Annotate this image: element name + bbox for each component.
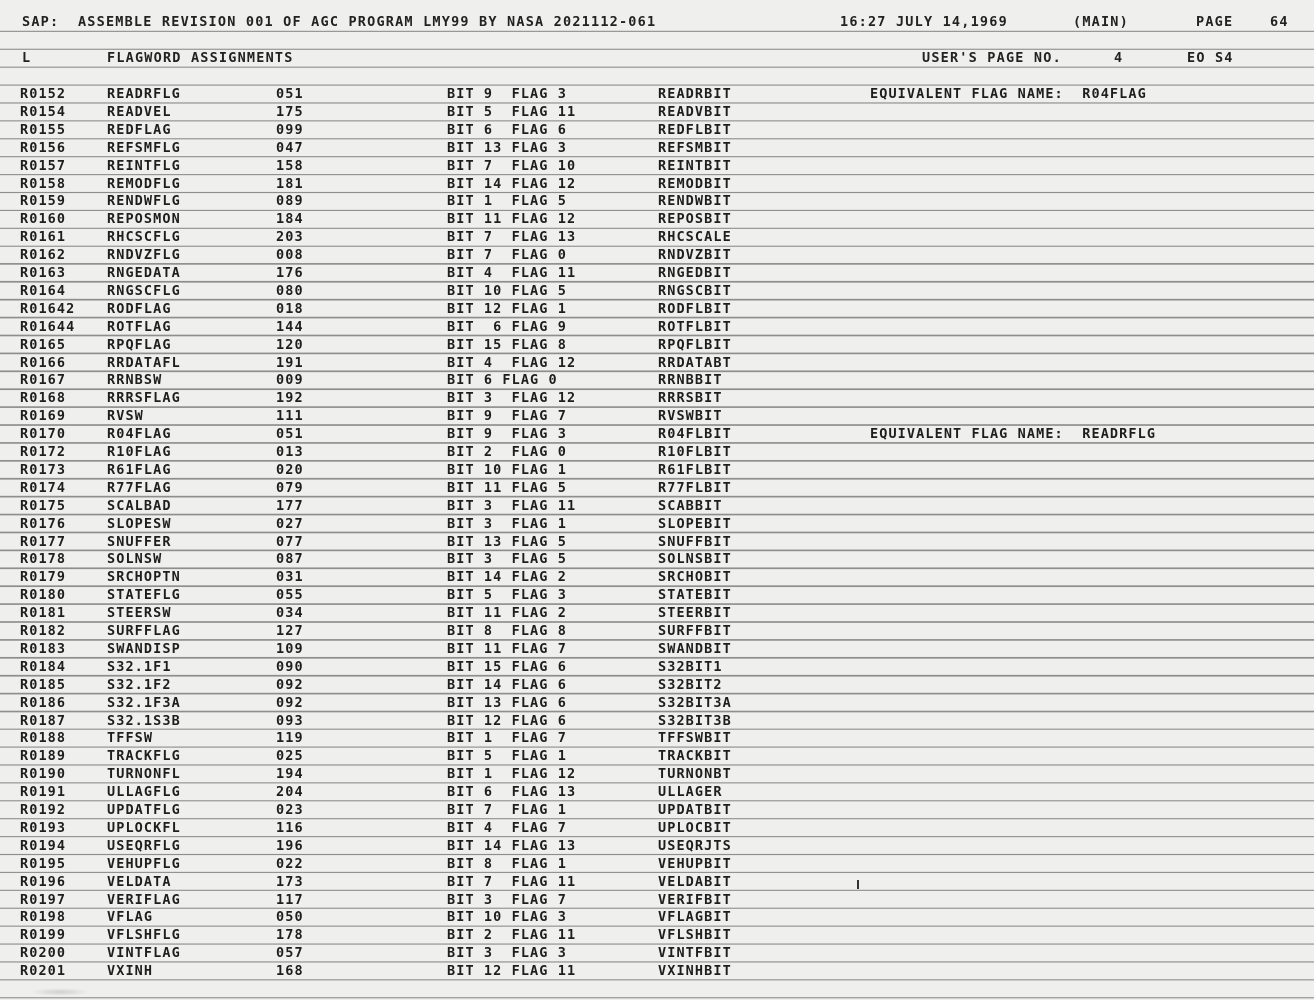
bit-flag-position: BIT 2 FLAG 11 [447,927,576,943]
table-row: R0179SRCHOPTN031BIT 14 FLAG 2SRCHOBIT [0,569,1314,587]
bit-flag-position: BIT 12 FLAG 1 [447,301,567,317]
table-row: R0174R77FLAG079BIT 11 FLAG 5R77FLBIT [0,480,1314,498]
bit-name: VERIFBIT [658,892,732,908]
flag-ref-id: R0161 [20,229,66,245]
page-number: 64 [1270,14,1289,30]
bit-name: R61FLBIT [658,462,732,478]
flag-name: RVSW [107,408,144,424]
bit-name: R77FLBIT [658,480,732,496]
bit-flag-position: BIT 14 FLAG 12 [447,176,576,192]
flag-ref-id: R0201 [20,963,66,979]
bit-flag-position: BIT 11 FLAG 12 [447,211,576,227]
flag-ref-id: R0186 [20,695,66,711]
table-row: R0160REPOSMON184BIT 11 FLAG 12REPOSBIT [0,211,1314,229]
table-row: R0187S32.1S3B093BIT 12 FLAG 6S32BIT3B [0,713,1314,731]
line-marker: L [22,50,31,66]
flag-ref-id: R0169 [20,408,66,424]
table-row: R0199VFLSHFLG178BIT 2 FLAG 11VFLSHBIT [0,927,1314,945]
flag-ref-id: R0162 [20,247,66,263]
flag-name: RRNBSW [107,372,162,388]
bit-name: USEQRJTS [658,838,732,854]
bit-name: UPDATBIT [658,802,732,818]
table-row: R0200VINTFLAG057BIT 3 FLAG 3VINTFBIT [0,945,1314,963]
table-row: R0157REINTFLG158BIT 7 FLAG 10REINTBIT [0,158,1314,176]
flag-number: 099 [276,122,304,138]
table-row: R0183SWANDISP109BIT 11 FLAG 7SWANDBIT [0,641,1314,659]
bit-flag-position: BIT 6 FLAG 13 [447,784,576,800]
table-row: R0175SCALBAD177BIT 3 FLAG 11SCABBIT [0,498,1314,516]
flag-name: S32.1F3A [107,695,181,711]
table-row: R0154READVEL175BIT 5 FLAG 11READVBIT [0,104,1314,122]
table-row: R0190TURNONFL194BIT 1 FLAG 12TURNONBT [0,766,1314,784]
bit-flag-position: BIT 8 FLAG 8 [447,623,567,639]
flag-name: VERIFLAG [107,892,181,908]
flag-name: VXINH [107,963,153,979]
flag-number: 093 [276,713,304,729]
bit-name: REDFLBIT [658,122,732,138]
bit-flag-position: BIT 3 FLAG 11 [447,498,576,514]
bit-flag-position: BIT 3 FLAG 1 [447,516,567,532]
flag-name: UPDATFLG [107,802,181,818]
flag-name: VINTFLAG [107,945,181,961]
listing-code: EO S4 [1187,50,1234,66]
flag-name: RPQFLAG [107,337,172,353]
bit-name: RPQFLBIT [658,337,732,353]
flag-ref-id: R01642 [20,301,75,317]
bit-flag-position: BIT 10 FLAG 3 [447,909,567,925]
bit-name: READVBIT [658,104,732,120]
bit-flag-position: BIT 15 FLAG 6 [447,659,567,675]
flag-number: 087 [276,551,304,567]
flag-name: RODFLAG [107,301,172,317]
flag-name: REMODFLG [107,176,181,192]
bit-flag-position: BIT 2 FLAG 0 [447,444,567,460]
flag-number: 127 [276,623,304,639]
bit-name: SOLNSBIT [658,551,732,567]
flag-number: 055 [276,587,304,603]
bit-flag-position: BIT 7 FLAG 11 [447,874,576,890]
bit-name: R04FLBIT [658,426,732,442]
table-row: R0184S32.1F1090BIT 15 FLAG 6S32BIT1 [0,659,1314,677]
flag-ref-id: R0181 [20,605,66,621]
flag-number: 034 [276,605,304,621]
paper-smudge [30,988,90,996]
table-row: R0163RNGEDATA176BIT 4 FLAG 11RNGEDBIT [0,265,1314,283]
bit-name: RNDVZBIT [658,247,732,263]
flag-ref-id: R0180 [20,587,66,603]
flag-number: 013 [276,444,304,460]
bit-name: S32BIT1 [658,659,723,675]
flag-ref-id: R0172 [20,444,66,460]
bit-name: RODFLBIT [658,301,732,317]
bit-flag-position: BIT 7 FLAG 10 [447,158,576,174]
bit-name: RRDATABT [658,355,732,371]
bit-flag-position: BIT 13 FLAG 6 [447,695,567,711]
flag-name: TRACKFLG [107,748,181,764]
flag-ref-id: R0183 [20,641,66,657]
table-row: R0159RENDWFLG089BIT 1 FLAG 5RENDWBIT [0,193,1314,211]
flag-ref-id: R0197 [20,892,66,908]
section-label: (MAIN) [1073,14,1129,30]
flag-ref-id: R0198 [20,909,66,925]
flag-name: RNGEDATA [107,265,181,281]
table-row: R0195VEHUPFLG022BIT 8 FLAG 1VEHUPBIT [0,856,1314,874]
flag-name: REPOSMON [107,211,181,227]
table-row: R01644ROTFLAG144BIT 6 FLAG 9ROTFLBIT [0,319,1314,337]
bit-name: STATEBIT [658,587,732,603]
bit-flag-position: BIT 4 FLAG 7 [447,820,567,836]
flag-number: 176 [276,265,304,281]
bit-flag-position: BIT 14 FLAG 6 [447,677,567,693]
flag-ref-id: R0200 [20,945,66,961]
flag-number: 018 [276,301,304,317]
flag-name: SCALBAD [107,498,172,514]
flag-number: 175 [276,104,304,120]
table-row: R0167RRNBSW009BIT 6 FLAG 0RRNBBIT [0,372,1314,390]
flag-ref-id: R0177 [20,534,66,550]
bit-flag-position: BIT 5 FLAG 11 [447,104,576,120]
bit-name: TFFSWBIT [658,730,732,746]
flag-name: USEQRFLG [107,838,181,854]
flag-number: 031 [276,569,304,585]
flag-name: REFSMFLG [107,140,181,156]
table-row: R0185S32.1F2092BIT 14 FLAG 6S32BIT2 [0,677,1314,695]
bit-flag-position: BIT 4 FLAG 12 [447,355,576,371]
flag-number: 117 [276,892,304,908]
bit-flag-position: BIT 1 FLAG 5 [447,193,567,209]
flag-name: RNGSCFLG [107,283,181,299]
flag-name: REINTFLG [107,158,181,174]
flag-number: 009 [276,372,304,388]
flag-name: SURFFLAG [107,623,181,639]
bit-flag-position: BIT 3 FLAG 12 [447,390,576,406]
bit-name: RVSWBIT [658,408,723,424]
flag-ref-id: R0163 [20,265,66,281]
bit-name: S32BIT3A [658,695,732,711]
users-page-number: 4 [1114,50,1123,66]
bit-name: SLOPEBIT [658,516,732,532]
flag-number: 057 [276,945,304,961]
flag-number: 080 [276,283,304,299]
flag-name: VELDATA [107,874,172,890]
table-row: R0193UPLOCKFL116BIT 4 FLAG 7UPLOCBIT [0,820,1314,838]
table-row: R0170R04FLAG051BIT 9 FLAG 3R04FLBITEQUIV… [0,426,1314,444]
table-row: R0191ULLAGFLG204BIT 6 FLAG 13ULLAGER [0,784,1314,802]
flag-ref-id: R0182 [20,623,66,639]
flag-ref-id: R0188 [20,730,66,746]
flag-number: 116 [276,820,304,836]
flag-number: 027 [276,516,304,532]
bit-flag-position: BIT 7 FLAG 13 [447,229,576,245]
bit-name: RNGSCBIT [658,283,732,299]
bit-flag-position: BIT 1 FLAG 12 [447,766,576,782]
bit-flag-position: BIT 11 FLAG 2 [447,605,567,621]
table-row: R0182SURFFLAG127BIT 8 FLAG 8SURFFBIT [0,623,1314,641]
flag-number: 192 [276,390,304,406]
bit-flag-position: BIT 5 FLAG 1 [447,748,567,764]
table-row: R0201VXINH168BIT 12 FLAG 11VXINHBIT [0,963,1314,981]
bit-name: SCABBIT [658,498,723,514]
flag-ref-id: R0160 [20,211,66,227]
table-row: R0177SNUFFER077BIT 13 FLAG 5SNUFFBIT [0,534,1314,552]
table-row: R0194USEQRFLG196BIT 14 FLAG 13USEQRJTS [0,838,1314,856]
flag-number: 204 [276,784,304,800]
flag-number: 111 [276,408,304,424]
flag-name: RHCSCFLG [107,229,181,245]
bit-flag-position: BIT 5 FLAG 3 [447,587,567,603]
flag-number: 020 [276,462,304,478]
users-page-label: USER'S PAGE NO. [922,50,1062,66]
equivalent-flag-note: EQUIVALENT FLAG NAME: R04FLAG [870,86,1147,102]
flag-name: RNDVZFLG [107,247,181,263]
flag-number: 119 [276,730,304,746]
flag-ref-id: R0195 [20,856,66,872]
bit-name: RRNBBIT [658,372,723,388]
flag-ref-id: R0168 [20,390,66,406]
flag-number: 089 [276,193,304,209]
equivalent-flag-note: EQUIVALENT FLAG NAME: READRFLG [870,426,1156,442]
bit-flag-position: BIT 9 FLAG 3 [447,426,567,442]
flag-ref-id: R0174 [20,480,66,496]
bit-flag-position: BIT 7 FLAG 0 [447,247,567,263]
flag-name: VFLAG [107,909,153,925]
flag-number: 168 [276,963,304,979]
flag-number: 194 [276,766,304,782]
flag-name: STATEFLG [107,587,181,603]
bit-flag-position: BIT 14 FLAG 2 [447,569,567,585]
flag-ref-id: R0199 [20,927,66,943]
bit-flag-position: BIT 12 FLAG 11 [447,963,576,979]
table-row: R0165RPQFLAG120BIT 15 FLAG 8RPQFLBIT [0,337,1314,355]
assembler-title: SAP: ASSEMBLE REVISION 001 OF AGC PROGRA… [22,14,656,30]
flag-ref-id: R0152 [20,86,66,102]
flag-name: READVEL [107,104,172,120]
bit-flag-position: BIT 4 FLAG 11 [447,265,576,281]
flag-number: 120 [276,337,304,353]
flag-number: 022 [276,856,304,872]
flag-name: R77FLAG [107,480,172,496]
flag-number: 051 [276,86,304,102]
bit-flag-position: BIT 6 FLAG 9 [447,319,567,335]
table-row: R0180STATEFLG055BIT 5 FLAG 3STATEBIT [0,587,1314,605]
flag-name: RRDATAFL [107,355,181,371]
bit-flag-position: BIT 1 FLAG 7 [447,730,567,746]
bit-name: READRBIT [658,86,732,102]
flag-name: S32.1F1 [107,659,172,675]
flag-ref-id: R0175 [20,498,66,514]
bit-name: R10FLBIT [658,444,732,460]
bit-flag-position: BIT 13 FLAG 5 [447,534,567,550]
bit-name: ULLAGER [658,784,723,800]
bit-name: RHCSCALE [658,229,732,245]
bit-name: ROTFLBIT [658,319,732,335]
bit-flag-position: BIT 15 FLAG 8 [447,337,567,353]
flag-name: RENDWFLG [107,193,181,209]
flag-number: 109 [276,641,304,657]
flag-name: SLOPESW [107,516,172,532]
flag-number: 025 [276,748,304,764]
bit-name: RENDWBIT [658,193,732,209]
flag-ref-id: R0173 [20,462,66,478]
flag-ref-id: R0164 [20,283,66,299]
flag-name: RRRSFLAG [107,390,181,406]
flag-name: SRCHOPTN [107,569,181,585]
flag-name: TURNONFL [107,766,181,782]
flag-name: R04FLAG [107,426,172,442]
table-row: R0189TRACKFLG025BIT 5 FLAG 1TRACKBIT [0,748,1314,766]
bit-name: UPLOCBIT [658,820,732,836]
flag-name: R10FLAG [107,444,172,460]
bit-name: REPOSBIT [658,211,732,227]
flag-number: 144 [276,319,304,335]
flag-name: SOLNSW [107,551,162,567]
flag-ref-id: R0194 [20,838,66,854]
bit-name: VELDABIT [658,874,732,890]
table-row: R0162RNDVZFLG008BIT 7 FLAG 0RNDVZBIT [0,247,1314,265]
bit-name: VEHUPBIT [658,856,732,872]
table-row: R01642RODFLAG018BIT 12 FLAG 1RODFLBIT [0,301,1314,319]
flag-ref-id: R0158 [20,176,66,192]
bit-flag-position: BIT 9 FLAG 3 [447,86,567,102]
flag-number: 047 [276,140,304,156]
bit-flag-position: BIT 11 FLAG 7 [447,641,567,657]
bit-name: VXINHBIT [658,963,732,979]
flag-name: VEHUPFLG [107,856,181,872]
stray-mark [857,880,859,889]
bit-name: S32BIT2 [658,677,723,693]
assembly-timestamp: 16:27 JULY 14,1969 [840,14,1008,30]
bit-flag-position: BIT 9 FLAG 7 [447,408,567,424]
table-row: R0178SOLNSW087BIT 3 FLAG 5SOLNSBIT [0,551,1314,569]
flag-number: 077 [276,534,304,550]
flag-name: TFFSW [107,730,153,746]
flag-name: READRFLG [107,86,181,102]
flag-ref-id: R0165 [20,337,66,353]
flag-ref-id: R0179 [20,569,66,585]
flag-ref-id: R0155 [20,122,66,138]
flag-ref-id: R0196 [20,874,66,890]
page-label: PAGE [1196,14,1233,30]
table-row: R0198VFLAG050BIT 10 FLAG 3VFLAGBIT [0,909,1314,927]
bit-name: SURFFBIT [658,623,732,639]
bit-name: REFSMBIT [658,140,732,156]
flag-ref-id: R0176 [20,516,66,532]
table-row: R0192UPDATFLG023BIT 7 FLAG 1UPDATBIT [0,802,1314,820]
bit-flag-position: BIT 14 FLAG 13 [447,838,576,854]
bit-name: VINTFBIT [658,945,732,961]
flag-name: SNUFFER [107,534,172,550]
bit-flag-position: BIT 10 FLAG 5 [447,283,567,299]
bit-name: VFLAGBIT [658,909,732,925]
flag-number: 008 [276,247,304,263]
bit-flag-position: BIT 13 FLAG 3 [447,140,567,156]
flag-number: 196 [276,838,304,854]
table-row: R0176SLOPESW027BIT 3 FLAG 1SLOPEBIT [0,516,1314,534]
flag-number: 203 [276,229,304,245]
flag-number: 092 [276,677,304,693]
table-row: R0168RRRSFLAG192BIT 3 FLAG 12RRRSBIT [0,390,1314,408]
flag-ref-id: R0191 [20,784,66,800]
flag-ref-id: R0190 [20,766,66,782]
flag-number: 092 [276,695,304,711]
table-row: R0169RVSW111BIT 9 FLAG 7RVSWBIT [0,408,1314,426]
bit-flag-position: BIT 3 FLAG 5 [447,551,567,567]
flag-number: 158 [276,158,304,174]
flag-name: STEERSW [107,605,172,621]
flag-number: 181 [276,176,304,192]
bit-flag-position: BIT 3 FLAG 7 [447,892,567,908]
table-row: R0188TFFSW119BIT 1 FLAG 7TFFSWBIT [0,730,1314,748]
table-row: R0197VERIFLAG117BIT 3 FLAG 7VERIFBIT [0,892,1314,910]
flag-name: UPLOCKFL [107,820,181,836]
bit-name: SRCHOBIT [658,569,732,585]
flag-ref-id: R0156 [20,140,66,156]
flag-number: 184 [276,211,304,227]
bit-name: TRACKBIT [658,748,732,764]
flag-name: R61FLAG [107,462,172,478]
flag-name: ULLAGFLG [107,784,181,800]
page-title: FLAGWORD ASSIGNMENTS [107,50,294,66]
table-row: R0173R61FLAG020BIT 10 FLAG 1R61FLBIT [0,462,1314,480]
flag-number: 173 [276,874,304,890]
bit-name: SNUFFBIT [658,534,732,550]
bit-name: RRRSBIT [658,390,723,406]
table-row: R0166RRDATAFL191BIT 4 FLAG 12RRDATABT [0,355,1314,373]
flag-ref-id: R0187 [20,713,66,729]
bit-flag-position: BIT 8 FLAG 1 [447,856,567,872]
flag-ref-id: R0170 [20,426,66,442]
table-row: R0152READRFLG051BIT 9 FLAG 3READRBITEQUI… [0,86,1314,104]
table-row: R0164RNGSCFLG080BIT 10 FLAG 5RNGSCBIT [0,283,1314,301]
bit-flag-position: BIT 10 FLAG 1 [447,462,567,478]
bit-name: REMODBIT [658,176,732,192]
flag-name: S32.1F2 [107,677,172,693]
flag-ref-id: R0193 [20,820,66,836]
table-row: R0196VELDATA173BIT 7 FLAG 11VELDABIT [0,874,1314,892]
flag-ref-id: R0192 [20,802,66,818]
flag-number: 079 [276,480,304,496]
flag-name: VFLSHFLG [107,927,181,943]
flag-name: ROTFLAG [107,319,172,335]
bit-flag-position: BIT 6 FLAG 0 [447,372,558,388]
flag-name: SWANDISP [107,641,181,657]
table-row: R0186S32.1F3A092BIT 13 FLAG 6S32BIT3A [0,695,1314,713]
bit-name: TURNONBT [658,766,732,782]
bit-flag-position: BIT 7 FLAG 1 [447,802,567,818]
table-row: R0161RHCSCFLG203BIT 7 FLAG 13RHCSCALE [0,229,1314,247]
flag-number: 177 [276,498,304,514]
flag-ref-id: R0167 [20,372,66,388]
flag-ref-id: R0159 [20,193,66,209]
flag-number: 050 [276,909,304,925]
flag-ref-id: R0157 [20,158,66,174]
flag-name: S32.1S3B [107,713,181,729]
bit-name: S32BIT3B [658,713,732,729]
flag-ref-id: R0184 [20,659,66,675]
flag-number: 023 [276,802,304,818]
bit-name: SWANDBIT [658,641,732,657]
bit-flag-position: BIT 11 FLAG 5 [447,480,567,496]
bit-name: VFLSHBIT [658,927,732,943]
flag-name: REDFLAG [107,122,172,138]
bit-flag-position: BIT 12 FLAG 6 [447,713,567,729]
flag-number: 191 [276,355,304,371]
table-row: R0156REFSMFLG047BIT 13 FLAG 3REFSMBIT [0,140,1314,158]
flag-ref-id: R0189 [20,748,66,764]
flag-ref-id: R0154 [20,104,66,120]
bit-name: STEERBIT [658,605,732,621]
bit-name: RNGEDBIT [658,265,732,281]
